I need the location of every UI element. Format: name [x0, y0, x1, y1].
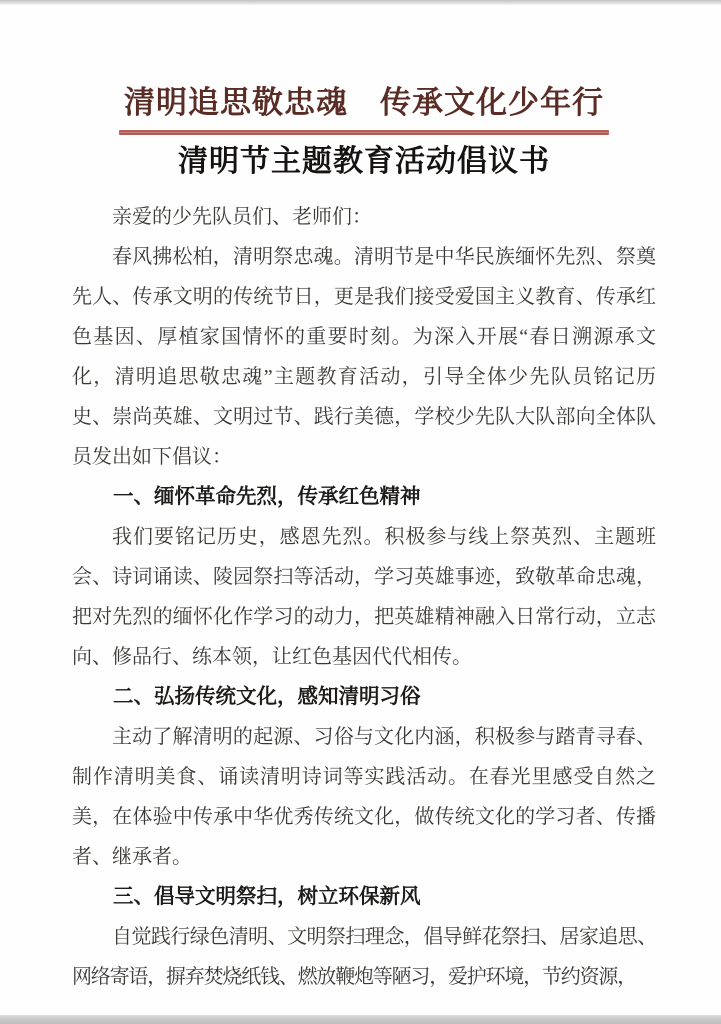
document-body: 亲爱的少先队员们、老师们： 春风拂松柏，清明祭忠魂。清明节是中华民族缅怀先烈、祭…: [72, 197, 656, 997]
document-content: 清明追思敬忠魂 传承文化少年行 清明节主题教育活动倡议书 亲爱的少先队员们、老师…: [0, 0, 721, 997]
document-page: 清明追思敬忠魂 传承文化少年行 清明节主题教育活动倡议书 亲爱的少先队员们、老师…: [0, 0, 721, 1024]
salutation: 亲爱的少先队员们、老师们：: [72, 197, 656, 237]
section-heading-1: 一、缅怀革命先烈，传承红色精神: [72, 477, 656, 517]
sub-title: 清明节主题教育活动倡议书: [72, 142, 656, 182]
section-3-paragraph: 自觉践行绿色清明、文明祭扫理念，倡导鲜花祭扫、居家追思、网络寄语，摒弃焚烧纸钱、…: [72, 917, 656, 997]
section-heading-3: 三、倡导文明祭扫，树立环保新风: [72, 877, 656, 917]
main-title: 清明追思敬忠魂 传承文化少年行: [72, 84, 656, 122]
page-bottom-edge: [0, 1015, 721, 1024]
section-1-paragraph: 我们要铭记历史，感恩先烈。积极参与线上祭英烈、主题班会、诗词诵读、陵园祭扫等活动…: [72, 517, 656, 677]
intro-paragraph: 春风拂松柏，清明祭忠魂。清明节是中华民族缅怀先烈、祭奠先人、传承文明的传统节日，…: [72, 237, 656, 477]
section-2-paragraph: 主动了解清明的起源、习俗与文化内涵，积极参与踏青寻春、制作清明美食、诵读清明诗词…: [72, 717, 656, 877]
section-heading-2: 二、弘扬传统文化，感知清明习俗: [72, 677, 656, 717]
title-divider-line: [119, 130, 609, 135]
